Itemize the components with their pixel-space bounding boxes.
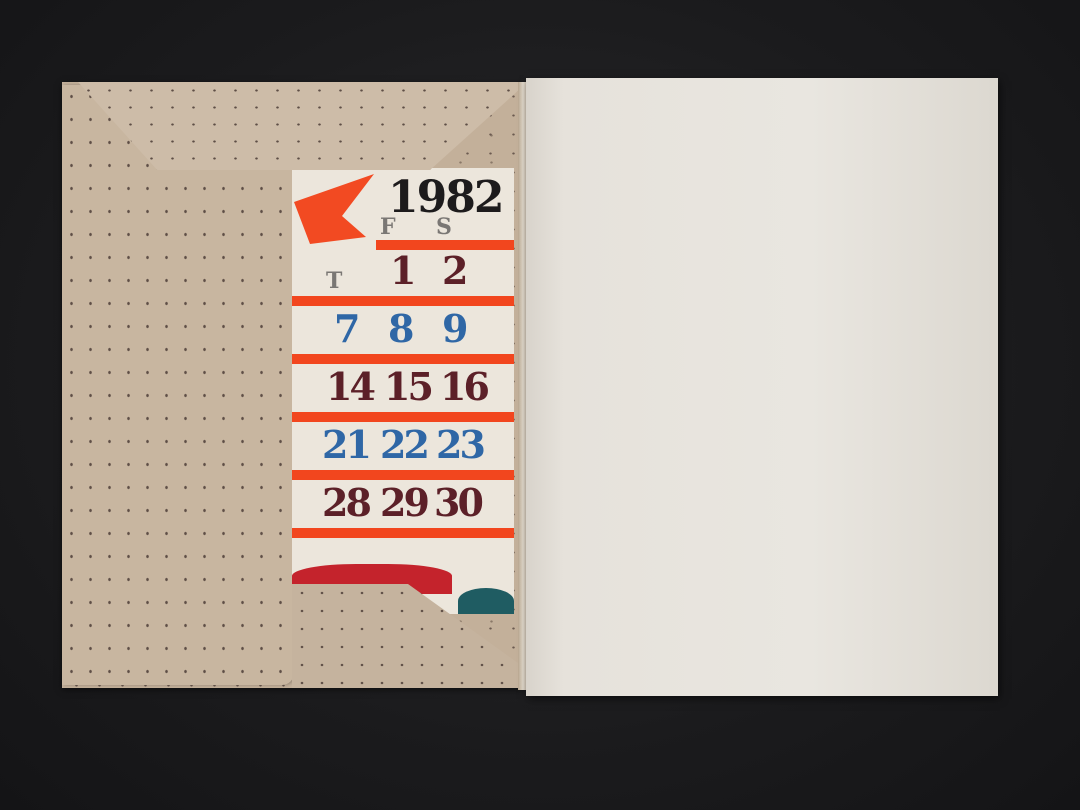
date-14: 14	[326, 364, 373, 409]
calendar-rule	[292, 528, 514, 538]
teal-hill-decoration	[458, 588, 514, 614]
date-21: 21	[322, 422, 369, 467]
calendar-rule	[292, 354, 514, 364]
date-28: 28	[322, 480, 369, 525]
calendar-rule	[292, 470, 514, 480]
date-8: 8	[388, 306, 411, 351]
folder-pocket-left	[62, 85, 294, 685]
date-23: 23	[436, 422, 483, 467]
date-30: 30	[434, 480, 481, 525]
calendar-rule	[292, 296, 514, 306]
blank-right-page	[526, 78, 998, 696]
date-1: 1	[390, 248, 413, 293]
date-16: 16	[440, 364, 487, 409]
date-7: 7	[334, 306, 357, 351]
date-2: 2	[442, 248, 465, 293]
date-9: 9	[442, 306, 465, 351]
day-header-f: F	[380, 214, 396, 240]
date-15: 15	[384, 364, 431, 409]
date-22: 22	[380, 422, 427, 467]
day-header-s: S	[436, 214, 452, 240]
calendar-rule	[292, 412, 514, 422]
date-29: 29	[380, 480, 427, 525]
day-header-t: T	[326, 268, 342, 294]
calendar-sheet: 1982 F S T 1 2 7 8 9 14 15 16 21 22 23 2…	[292, 168, 514, 614]
bird-illustration	[294, 174, 374, 244]
